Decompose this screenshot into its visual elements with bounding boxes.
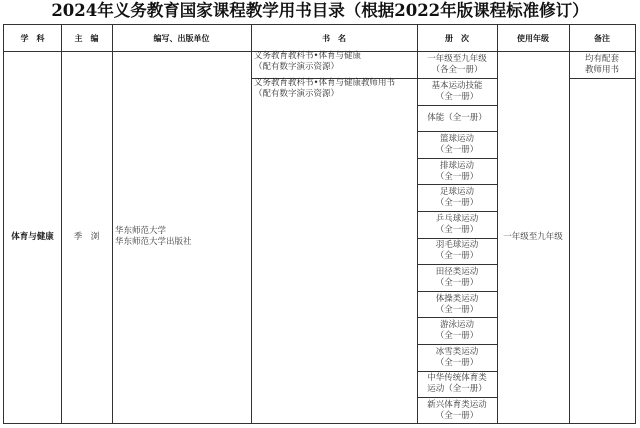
- volume-line: 足球运动: [440, 187, 474, 198]
- volume-cell: 篮球运动 （全一册）: [417, 131, 497, 158]
- volume-cell: 足球运动 （全一册）: [417, 184, 497, 211]
- book-name-line: 义务教育教科书•体育与健康教师用书: [254, 78, 395, 89]
- header-publisher: 编写、出版单位: [112, 25, 251, 51]
- volume-cell: 田径类运动 （全一册）: [417, 264, 497, 291]
- volume-line: 运动（全一册）: [427, 384, 487, 395]
- header-remarks: 备注: [569, 25, 635, 51]
- textbook-catalog-table: 学 科 主 编 编写、出版单位 书 名 册 次 使用年级 备注 体育与健康 季 …: [3, 24, 636, 424]
- header-volume: 册 次: [417, 25, 497, 51]
- volume-cell: 新兴体育类运动 （全一册）: [417, 397, 497, 423]
- volume-cell: 冰雪类运动 （全一册）: [417, 344, 497, 371]
- volume-line: （全一册）: [436, 92, 479, 103]
- volume-line: （全一册）: [436, 305, 479, 316]
- volume-line: 体能（全一册）: [427, 113, 487, 124]
- remarks-line: 教师用书: [585, 65, 619, 76]
- volume-line: （全一册）: [436, 358, 479, 369]
- volume-cell: 一年级至九年级 （各全一册）: [417, 51, 497, 78]
- volume-line: （全一册）: [436, 145, 479, 156]
- volume-line: 一年级至九年级: [427, 54, 487, 65]
- header-subject: 学 科: [4, 25, 61, 51]
- volume-line: （全一册）: [436, 331, 479, 342]
- remarks-line: 均有配套: [585, 54, 619, 65]
- book-name-line: （配有数字演示资源）: [254, 89, 339, 100]
- book-name-line: （配有数字演示资源）: [254, 62, 339, 73]
- volume-line: （全一册）: [436, 198, 479, 209]
- page-title: 2024年义务教育国家课程教学用书目录（根据2022年版课程标准修订）: [0, 0, 640, 22]
- volume-line: 羽毛球运动: [436, 240, 479, 251]
- volume-line: 新兴体育类运动: [427, 400, 487, 411]
- volume-line: 乒乓球运动: [436, 214, 479, 225]
- header-grade: 使用年级: [497, 25, 569, 51]
- volume-line: 游泳运动: [440, 320, 474, 331]
- volume-cell: 排球运动 （全一册）: [417, 158, 497, 185]
- remarks-cell: 均有配套 教师用书: [569, 51, 635, 78]
- volume-line: 排球运动: [440, 161, 474, 172]
- volume-line: 中华传统体育类: [427, 373, 487, 384]
- volume-cell: 中华传统体育类 运动（全一册）: [417, 371, 497, 398]
- volume-cell: 游泳运动 （全一册）: [417, 317, 497, 344]
- row-divider: [569, 78, 635, 79]
- volume-cell: 基本运动技能 （全一册）: [417, 78, 497, 105]
- volume-line: 田径类运动: [436, 267, 479, 278]
- book-name-teacher: 义务教育教科书•体育与健康教师用书 （配有数字演示资源）: [251, 78, 417, 423]
- publisher-cell: 华东师范大学 华东师范大学出版社: [112, 51, 251, 423]
- volume-line: 篮球运动: [440, 134, 474, 145]
- header-book-name: 书 名: [251, 25, 417, 51]
- column-divider: [569, 25, 570, 423]
- volume-line: （全一册）: [436, 225, 479, 236]
- volume-line: （全一册）: [436, 172, 479, 183]
- editor-cell: 季 浏: [61, 51, 112, 423]
- volume-cell: 体操类运动 （全一册）: [417, 291, 497, 318]
- header-editor: 主 编: [61, 25, 112, 51]
- volume-line: 基本运动技能: [431, 81, 482, 92]
- volume-line: （全一册）: [436, 251, 479, 262]
- volume-cell: 体能（全一册）: [417, 105, 497, 132]
- volume-cell: 乒乓球运动 （全一册）: [417, 211, 497, 238]
- subject-cell: 体育与健康: [4, 51, 61, 423]
- volume-line: 体操类运动: [436, 294, 479, 305]
- book-name-line: 义务教育教科书•体育与健康: [254, 51, 361, 62]
- publisher-line: 华东师范大学出版社: [115, 237, 192, 248]
- volume-line: 冰雪类运动: [436, 347, 479, 358]
- volume-line: （全一册）: [436, 278, 479, 289]
- volume-cell: 羽毛球运动 （全一册）: [417, 238, 497, 265]
- volume-line: （全一册）: [436, 411, 479, 422]
- volume-line: （各全一册）: [431, 65, 482, 76]
- grade-cell: 一年级至九年级: [497, 51, 569, 423]
- publisher-line: 华东师范大学: [115, 226, 166, 237]
- book-name-student: 义务教育教科书•体育与健康 （配有数字演示资源）: [251, 51, 417, 78]
